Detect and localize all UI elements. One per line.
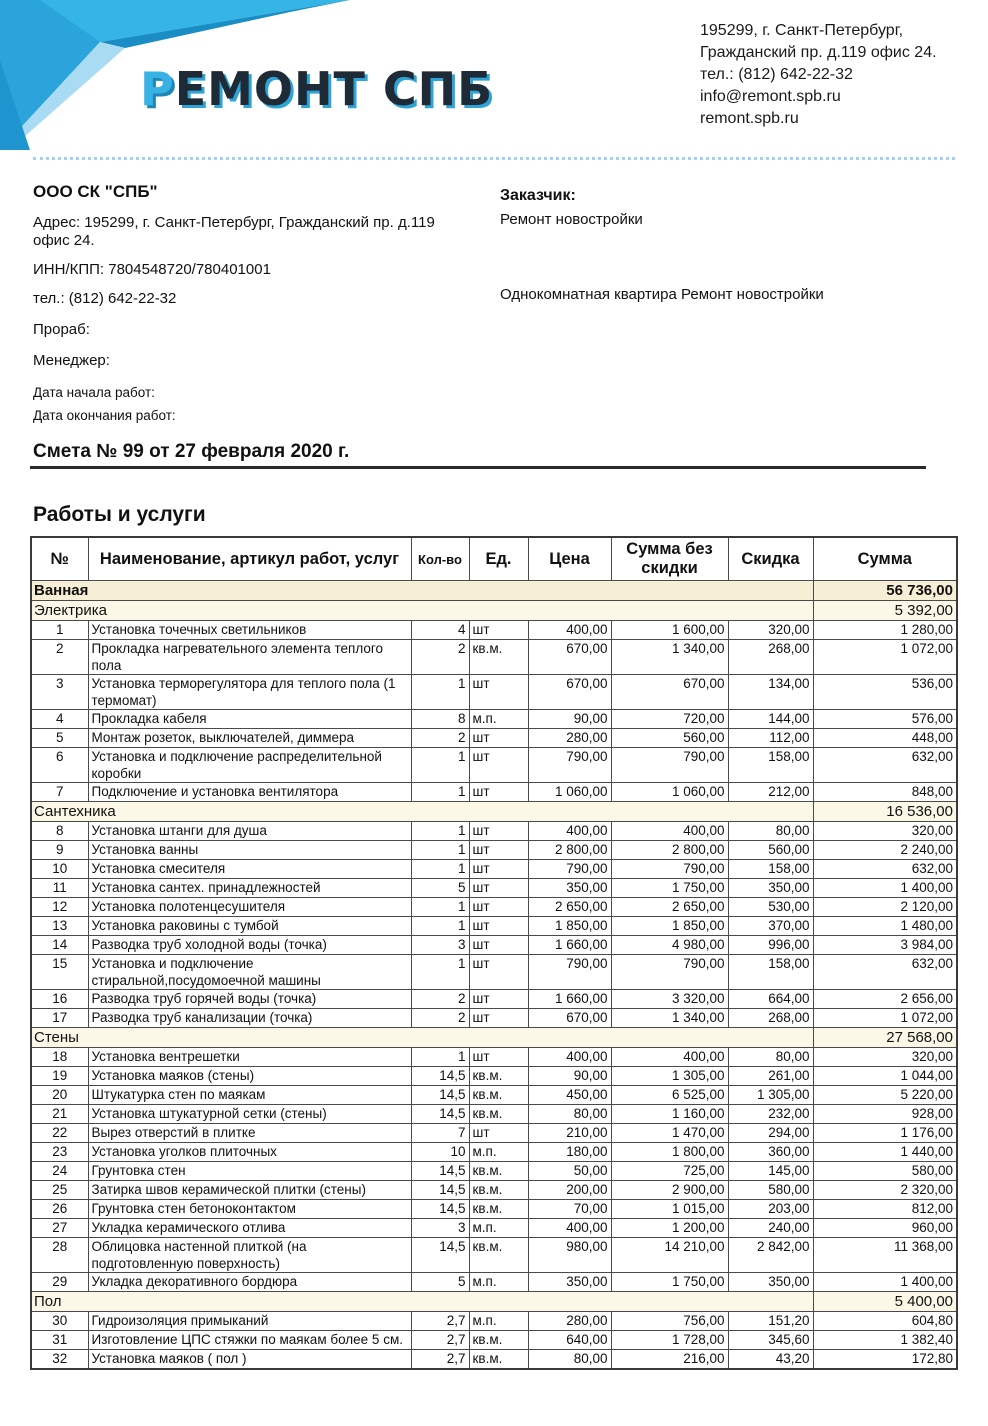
cell-price: 400,00 bbox=[528, 621, 611, 640]
foreman-label: Прораб: bbox=[33, 321, 90, 338]
cell-discount: 112,00 bbox=[728, 729, 813, 748]
table-row: 3Установка терморегулятора для теплого п… bbox=[31, 675, 957, 710]
cell-price: 400,00 bbox=[528, 1048, 611, 1067]
cell-no: 12 bbox=[31, 898, 88, 917]
cell-sum: 5 220,00 bbox=[813, 1086, 957, 1105]
cell-discount: 158,00 bbox=[728, 860, 813, 879]
cell-unit: кв.м. bbox=[469, 1200, 528, 1219]
cell-discount: 350,00 bbox=[728, 1273, 813, 1292]
cell-qty: 1 bbox=[411, 898, 469, 917]
cell-no: 6 bbox=[31, 748, 88, 783]
cell-unit: шт bbox=[469, 1124, 528, 1143]
cell-discount: 350,00 bbox=[728, 879, 813, 898]
cell-discount: 996,00 bbox=[728, 936, 813, 955]
cell-qty: 14,5 bbox=[411, 1105, 469, 1124]
cell-qty: 4 bbox=[411, 621, 469, 640]
cell-name: Штукатурка стен по маякам bbox=[88, 1086, 411, 1105]
cell-price: 400,00 bbox=[528, 1219, 611, 1238]
group-label: Электрика bbox=[31, 601, 813, 621]
cell-name: Подключение и установка вентилятора bbox=[88, 783, 411, 802]
cell-name: Установка штукатурной сетки (стены) bbox=[88, 1105, 411, 1124]
cell-qty: 3 bbox=[411, 936, 469, 955]
cell-price: 1 060,00 bbox=[528, 783, 611, 802]
cell-sum: 1 400,00 bbox=[813, 879, 957, 898]
estimate-title: Смета № 99 от 27 февраля 2020 г. bbox=[33, 441, 349, 463]
cell-no: 24 bbox=[31, 1162, 88, 1181]
cell-no: 7 bbox=[31, 783, 88, 802]
table-header-row: № Наименование, артикул работ, услуг Кол… bbox=[31, 537, 957, 581]
cell-sum-no-discount: 1 160,00 bbox=[611, 1105, 728, 1124]
cell-discount: 232,00 bbox=[728, 1105, 813, 1124]
cell-unit: кв.м. bbox=[469, 1086, 528, 1105]
col-header-unit: Ед. bbox=[469, 537, 528, 581]
cell-no: 32 bbox=[31, 1350, 88, 1370]
cell-price: 2 800,00 bbox=[528, 841, 611, 860]
cell-price: 1 660,00 bbox=[528, 936, 611, 955]
cell-sum: 632,00 bbox=[813, 860, 957, 879]
cell-name: Установка маяков (стены) bbox=[88, 1067, 411, 1086]
cell-price: 200,00 bbox=[528, 1181, 611, 1200]
group-sum: 56 736,00 bbox=[813, 581, 957, 601]
cell-name: Разводка труб холодной воды (точка) bbox=[88, 936, 411, 955]
cell-sum: 2 120,00 bbox=[813, 898, 957, 917]
cell-sum: 1 280,00 bbox=[813, 621, 957, 640]
col-header-qty: Кол-во bbox=[411, 537, 469, 581]
title-divider bbox=[30, 466, 926, 469]
cell-name: Грунтовка стен bbox=[88, 1162, 411, 1181]
cell-no: 20 bbox=[31, 1086, 88, 1105]
cell-qty: 8 bbox=[411, 710, 469, 729]
cell-no: 14 bbox=[31, 936, 88, 955]
cell-qty: 2 bbox=[411, 729, 469, 748]
cell-sum-no-discount: 3 320,00 bbox=[611, 990, 728, 1009]
cell-sum: 1 440,00 bbox=[813, 1143, 957, 1162]
contact-phone: тел.: (812) 642-22-32 bbox=[700, 64, 937, 86]
cell-sum-no-discount: 1 340,00 bbox=[611, 640, 728, 675]
cell-discount: 240,00 bbox=[728, 1219, 813, 1238]
cell-sum-no-discount: 2 900,00 bbox=[611, 1181, 728, 1200]
cell-sum: 11 368,00 bbox=[813, 1238, 957, 1273]
cell-qty: 5 bbox=[411, 1273, 469, 1292]
end-date-label: Дата окончания работ: bbox=[33, 408, 176, 423]
contractor-phone: тел.: (812) 642-22-32 bbox=[33, 290, 176, 307]
cell-qty: 1 bbox=[411, 860, 469, 879]
table-row: 10Установка смесителя1шт790,00790,00158,… bbox=[31, 860, 957, 879]
cell-discount: 360,00 bbox=[728, 1143, 813, 1162]
cell-no: 21 bbox=[31, 1105, 88, 1124]
table-row: 25Затирка швов керамической плитки (стен… bbox=[31, 1181, 957, 1200]
table-body: Ванная56 736,00Электрика5 392,001Установ… bbox=[31, 581, 957, 1370]
cell-name: Облицовка настенной плиткой (на подготов… bbox=[88, 1238, 411, 1273]
cell-name: Установка уголков плиточных bbox=[88, 1143, 411, 1162]
cell-unit: шт bbox=[469, 783, 528, 802]
cell-sum-no-discount: 1 850,00 bbox=[611, 917, 728, 936]
group-label: Стены bbox=[31, 1028, 813, 1048]
cell-qty: 2,7 bbox=[411, 1312, 469, 1331]
cell-unit: шт bbox=[469, 879, 528, 898]
cell-sum: 580,00 bbox=[813, 1162, 957, 1181]
contact-address-line-2: Гражданский пр. д.119 офис 24. bbox=[700, 42, 937, 64]
cell-unit: кв.м. bbox=[469, 1350, 528, 1370]
category-row: Пол5 400,00 bbox=[31, 1292, 957, 1312]
cell-qty: 2 bbox=[411, 990, 469, 1009]
cell-discount: 134,00 bbox=[728, 675, 813, 710]
contractor-inn-kpp: ИНН/КПП: 7804548720/780401001 bbox=[33, 261, 271, 278]
table-row: 26Грунтовка стен бетоноконтактом14,5кв.м… bbox=[31, 1200, 957, 1219]
cell-qty: 1 bbox=[411, 783, 469, 802]
cell-no: 16 bbox=[31, 990, 88, 1009]
cell-sum-no-discount: 725,00 bbox=[611, 1162, 728, 1181]
cell-no: 17 bbox=[31, 1009, 88, 1028]
cell-sum-no-discount: 790,00 bbox=[611, 860, 728, 879]
contact-website: remont.spb.ru bbox=[700, 108, 937, 130]
cell-discount: 80,00 bbox=[728, 822, 813, 841]
cell-sum-no-discount: 790,00 bbox=[611, 748, 728, 783]
header-divider bbox=[33, 157, 955, 160]
cell-sum-no-discount: 560,00 bbox=[611, 729, 728, 748]
cell-sum: 1 480,00 bbox=[813, 917, 957, 936]
col-header-name: Наименование, артикул работ, услуг bbox=[88, 537, 411, 581]
cell-sum-no-discount: 1 015,00 bbox=[611, 1200, 728, 1219]
cell-qty: 14,5 bbox=[411, 1067, 469, 1086]
category-row: Стены27 568,00 bbox=[31, 1028, 957, 1048]
cell-no: 10 bbox=[31, 860, 88, 879]
group-label: Ванная bbox=[31, 581, 813, 601]
cell-discount: 212,00 bbox=[728, 783, 813, 802]
cell-sum-no-discount: 790,00 bbox=[611, 955, 728, 990]
cell-name: Установка точечных светильников bbox=[88, 621, 411, 640]
cell-no: 22 bbox=[31, 1124, 88, 1143]
cell-qty: 1 bbox=[411, 917, 469, 936]
cell-no: 26 bbox=[31, 1200, 88, 1219]
cell-no: 4 bbox=[31, 710, 88, 729]
cell-sum: 604,80 bbox=[813, 1312, 957, 1331]
cell-sum-no-discount: 2 800,00 bbox=[611, 841, 728, 860]
cell-name: Установка сантех. принадлежностей bbox=[88, 879, 411, 898]
cell-name: Прокладка кабеля bbox=[88, 710, 411, 729]
section-title: Работы и услуги bbox=[33, 503, 206, 527]
group-label: Сантехника bbox=[31, 802, 813, 822]
cell-name: Установка маяков ( пол ) bbox=[88, 1350, 411, 1370]
cell-price: 90,00 bbox=[528, 710, 611, 729]
cell-price: 80,00 bbox=[528, 1105, 611, 1124]
cell-unit: кв.м. bbox=[469, 1162, 528, 1181]
cell-sum-no-discount: 2 650,00 bbox=[611, 898, 728, 917]
table-row: 30Гидроизоляция примыканий2,7м.п.280,007… bbox=[31, 1312, 957, 1331]
table-row: 22Вырез отверстий в плитке7шт210,001 470… bbox=[31, 1124, 957, 1143]
cell-name: Разводка труб канализации (точка) bbox=[88, 1009, 411, 1028]
table-row: 29Укладка декоративного бордюра5м.п.350,… bbox=[31, 1273, 957, 1292]
group-sum: 5 400,00 bbox=[813, 1292, 957, 1312]
cell-unit: кв.м. bbox=[469, 640, 528, 675]
cell-qty: 10 bbox=[411, 1143, 469, 1162]
cell-name: Укладка керамического отлива bbox=[88, 1219, 411, 1238]
cell-no: 13 bbox=[31, 917, 88, 936]
cell-qty: 14,5 bbox=[411, 1086, 469, 1105]
cell-unit: шт bbox=[469, 898, 528, 917]
contractor-address: Адрес: 195299, г. Санкт-Петербург, Гражд… bbox=[33, 214, 453, 250]
cell-discount: 664,00 bbox=[728, 990, 813, 1009]
cell-sum: 576,00 bbox=[813, 710, 957, 729]
cell-discount: 80,00 bbox=[728, 1048, 813, 1067]
cell-no: 28 bbox=[31, 1238, 88, 1273]
cell-discount: 2 842,00 bbox=[728, 1238, 813, 1273]
cell-discount: 158,00 bbox=[728, 955, 813, 990]
cell-unit: шт bbox=[469, 955, 528, 990]
col-header-discount: Скидка bbox=[728, 537, 813, 581]
table-row: 19Установка маяков (стены)14,5кв.м.90,00… bbox=[31, 1067, 957, 1086]
cell-discount: 158,00 bbox=[728, 748, 813, 783]
cell-unit: шт bbox=[469, 729, 528, 748]
table-row: 18Установка вентрешетки1шт400,00400,0080… bbox=[31, 1048, 957, 1067]
cell-qty: 14,5 bbox=[411, 1181, 469, 1200]
table-row: 32Установка маяков ( пол )2,7кв.м.80,002… bbox=[31, 1350, 957, 1370]
cell-discount: 151,20 bbox=[728, 1312, 813, 1331]
table-row: 14Разводка труб холодной воды (точка)3шт… bbox=[31, 936, 957, 955]
cell-unit: кв.м. bbox=[469, 1067, 528, 1086]
cell-unit: кв.м. bbox=[469, 1105, 528, 1124]
table-row: 7Подключение и установка вентилятора1шт1… bbox=[31, 783, 957, 802]
cell-price: 210,00 bbox=[528, 1124, 611, 1143]
cell-sum: 1 176,00 bbox=[813, 1124, 957, 1143]
cell-name: Грунтовка стен бетоноконтактом bbox=[88, 1200, 411, 1219]
table-row: 11Установка сантех. принадлежностей5шт35… bbox=[31, 879, 957, 898]
table-row: 28Облицовка настенной плиткой (на подгот… bbox=[31, 1238, 957, 1273]
cell-price: 350,00 bbox=[528, 1273, 611, 1292]
table-row: 6Установка и подключение распределительн… bbox=[31, 748, 957, 783]
cell-sum-no-discount: 756,00 bbox=[611, 1312, 728, 1331]
cell-qty: 1 bbox=[411, 675, 469, 710]
cell-qty: 2,7 bbox=[411, 1350, 469, 1370]
table-row: 24Грунтовка стен14,5кв.м.50,00725,00145,… bbox=[31, 1162, 957, 1181]
cell-sum-no-discount: 1 200,00 bbox=[611, 1219, 728, 1238]
cell-qty: 1 bbox=[411, 748, 469, 783]
cell-sum: 2 240,00 bbox=[813, 841, 957, 860]
cell-name: Установка штанги для душа bbox=[88, 822, 411, 841]
cell-discount: 261,00 bbox=[728, 1067, 813, 1086]
cell-unit: шт bbox=[469, 822, 528, 841]
cell-price: 790,00 bbox=[528, 955, 611, 990]
cell-discount: 144,00 bbox=[728, 710, 813, 729]
cell-sum-no-discount: 1 470,00 bbox=[611, 1124, 728, 1143]
cell-name: Изготовление ЦПС стяжки по маякам более … bbox=[88, 1331, 411, 1350]
cell-discount: 1 305,00 bbox=[728, 1086, 813, 1105]
cell-sum-no-discount: 400,00 bbox=[611, 822, 728, 841]
cell-name: Укладка декоративного бордюра bbox=[88, 1273, 411, 1292]
cell-price: 50,00 bbox=[528, 1162, 611, 1181]
table-row: 4Прокладка кабеля8м.п.90,00720,00144,005… bbox=[31, 710, 957, 729]
cell-no: 29 bbox=[31, 1273, 88, 1292]
cell-price: 670,00 bbox=[528, 1009, 611, 1028]
cell-discount: 580,00 bbox=[728, 1181, 813, 1200]
cell-qty: 14,5 bbox=[411, 1162, 469, 1181]
cell-price: 80,00 bbox=[528, 1350, 611, 1370]
cell-sum: 848,00 bbox=[813, 783, 957, 802]
cell-sum: 3 984,00 bbox=[813, 936, 957, 955]
cell-no: 18 bbox=[31, 1048, 88, 1067]
cell-qty: 1 bbox=[411, 841, 469, 860]
cell-sum: 320,00 bbox=[813, 822, 957, 841]
cell-price: 1 850,00 bbox=[528, 917, 611, 936]
category-row: Сантехника16 536,00 bbox=[31, 802, 957, 822]
cell-qty: 2 bbox=[411, 1009, 469, 1028]
cell-discount: 345,60 bbox=[728, 1331, 813, 1350]
object-description: Однокомнатная квартира Ремонт новостройк… bbox=[500, 286, 824, 303]
cell-unit: м.п. bbox=[469, 1273, 528, 1292]
customer-name: Ремонт новостройки bbox=[500, 211, 643, 228]
cell-discount: 560,00 bbox=[728, 841, 813, 860]
cell-name: Установка ванны bbox=[88, 841, 411, 860]
room-group-row: Ванная56 736,00 bbox=[31, 581, 957, 601]
cell-price: 1 660,00 bbox=[528, 990, 611, 1009]
cell-sum-no-discount: 400,00 bbox=[611, 1048, 728, 1067]
cell-sum: 960,00 bbox=[813, 1219, 957, 1238]
cell-sum: 1 072,00 bbox=[813, 640, 957, 675]
cell-qty: 1 bbox=[411, 1048, 469, 1067]
table-row: 5Монтаж розеток, выключателей, диммера2ш… bbox=[31, 729, 957, 748]
cell-no: 9 bbox=[31, 841, 88, 860]
cell-qty: 7 bbox=[411, 1124, 469, 1143]
table-row: 23Установка уголков плиточных10м.п.180,0… bbox=[31, 1143, 957, 1162]
cell-name: Затирка швов керамической плитки (стены) bbox=[88, 1181, 411, 1200]
cell-unit: шт bbox=[469, 675, 528, 710]
cell-qty: 1 bbox=[411, 955, 469, 990]
table-row: 13Установка раковины с тумбой1шт1 850,00… bbox=[31, 917, 957, 936]
cell-unit: шт bbox=[469, 860, 528, 879]
cell-no: 3 bbox=[31, 675, 88, 710]
group-sum: 5 392,00 bbox=[813, 601, 957, 621]
cell-unit: м.п. bbox=[469, 1219, 528, 1238]
cell-sum: 1 044,00 bbox=[813, 1067, 957, 1086]
table-row: 31Изготовление ЦПС стяжки по маякам боле… bbox=[31, 1331, 957, 1350]
cell-discount: 203,00 bbox=[728, 1200, 813, 1219]
cell-price: 90,00 bbox=[528, 1067, 611, 1086]
cell-no: 27 bbox=[31, 1219, 88, 1238]
cell-price: 180,00 bbox=[528, 1143, 611, 1162]
cell-unit: шт bbox=[469, 990, 528, 1009]
cell-sum-no-discount: 1 800,00 bbox=[611, 1143, 728, 1162]
cell-sum-no-discount: 4 980,00 bbox=[611, 936, 728, 955]
cell-sum: 1 072,00 bbox=[813, 1009, 957, 1028]
cell-name: Установка и подключение стиральной,посуд… bbox=[88, 955, 411, 990]
cell-unit: шт bbox=[469, 841, 528, 860]
table-row: 20Штукатурка стен по маякам14,5кв.м.450,… bbox=[31, 1086, 957, 1105]
cell-sum: 928,00 bbox=[813, 1105, 957, 1124]
cell-no: 11 bbox=[31, 879, 88, 898]
manager-label: Менеджер: bbox=[33, 352, 110, 369]
group-sum: 16 536,00 bbox=[813, 802, 957, 822]
cell-price: 280,00 bbox=[528, 1312, 611, 1331]
group-label: Пол bbox=[31, 1292, 813, 1312]
cell-no: 31 bbox=[31, 1331, 88, 1350]
cell-unit: м.п. bbox=[469, 1312, 528, 1331]
cell-name: Гидроизоляция примыканий bbox=[88, 1312, 411, 1331]
cell-sum: 536,00 bbox=[813, 675, 957, 710]
customer-label: Заказчик: bbox=[500, 187, 576, 205]
cell-name: Установка смесителя bbox=[88, 860, 411, 879]
group-sum: 27 568,00 bbox=[813, 1028, 957, 1048]
cell-sum: 172,80 bbox=[813, 1350, 957, 1370]
cell-no: 2 bbox=[31, 640, 88, 675]
cell-sum-no-discount: 720,00 bbox=[611, 710, 728, 729]
cell-qty: 14,5 bbox=[411, 1200, 469, 1219]
cell-sum: 1 400,00 bbox=[813, 1273, 957, 1292]
cell-unit: м.п. bbox=[469, 1143, 528, 1162]
cell-unit: кв.м. bbox=[469, 1181, 528, 1200]
cell-price: 2 650,00 bbox=[528, 898, 611, 917]
cell-name: Установка и подключение распределительно… bbox=[88, 748, 411, 783]
cell-name: Установка вентрешетки bbox=[88, 1048, 411, 1067]
cell-no: 19 bbox=[31, 1067, 88, 1086]
cell-unit: шт bbox=[469, 621, 528, 640]
cell-qty: 2,7 bbox=[411, 1331, 469, 1350]
cell-price: 790,00 bbox=[528, 860, 611, 879]
category-row: Электрика5 392,00 bbox=[31, 601, 957, 621]
cell-price: 280,00 bbox=[528, 729, 611, 748]
cell-sum: 812,00 bbox=[813, 1200, 957, 1219]
table-row: 9Установка ванны1шт2 800,002 800,00560,0… bbox=[31, 841, 957, 860]
cell-name: Установка раковины с тумбой bbox=[88, 917, 411, 936]
table-row: 27Укладка керамического отлива3м.п.400,0… bbox=[31, 1219, 957, 1238]
cell-sum-no-discount: 6 525,00 bbox=[611, 1086, 728, 1105]
cell-qty: 2 bbox=[411, 640, 469, 675]
cell-unit: шт bbox=[469, 936, 528, 955]
cell-no: 30 bbox=[31, 1312, 88, 1331]
cell-sum-no-discount: 1 728,00 bbox=[611, 1331, 728, 1350]
start-date-label: Дата начала работ: bbox=[33, 385, 155, 400]
cell-qty: 3 bbox=[411, 1219, 469, 1238]
cell-no: 5 bbox=[31, 729, 88, 748]
company-logo: РЕМОНТ СПБ bbox=[140, 66, 493, 112]
cell-no: 8 bbox=[31, 822, 88, 841]
table-row: 12Установка полотенцесушителя1шт2 650,00… bbox=[31, 898, 957, 917]
contact-address-line-1: 195299, г. Санкт-Петербург, bbox=[700, 20, 937, 42]
cell-name: Установка полотенцесушителя bbox=[88, 898, 411, 917]
cell-qty: 1 bbox=[411, 822, 469, 841]
cell-price: 670,00 bbox=[528, 675, 611, 710]
cell-unit: кв.м. bbox=[469, 1238, 528, 1273]
cell-price: 670,00 bbox=[528, 640, 611, 675]
cell-unit: шт bbox=[469, 917, 528, 936]
contractor-name: ООО СК "СПБ" bbox=[33, 182, 158, 202]
cell-price: 70,00 bbox=[528, 1200, 611, 1219]
cell-sum-no-discount: 14 210,00 bbox=[611, 1238, 728, 1273]
cell-unit: шт bbox=[469, 748, 528, 783]
cell-qty: 5 bbox=[411, 879, 469, 898]
table-row: 16Разводка труб горячей воды (точка)2шт1… bbox=[31, 990, 957, 1009]
col-header-sum-no-discount: Сумма без скидки bbox=[611, 537, 728, 581]
cell-discount: 370,00 bbox=[728, 917, 813, 936]
table-row: 21Установка штукатурной сетки (стены)14,… bbox=[31, 1105, 957, 1124]
cell-discount: 268,00 bbox=[728, 640, 813, 675]
cell-price: 400,00 bbox=[528, 822, 611, 841]
cell-qty: 14,5 bbox=[411, 1238, 469, 1273]
cell-no: 15 bbox=[31, 955, 88, 990]
cell-unit: кв.м. bbox=[469, 1331, 528, 1350]
cell-sum: 632,00 bbox=[813, 748, 957, 783]
cell-sum: 1 382,40 bbox=[813, 1331, 957, 1350]
cell-sum-no-discount: 216,00 bbox=[611, 1350, 728, 1370]
cell-discount: 145,00 bbox=[728, 1162, 813, 1181]
cell-sum-no-discount: 1 750,00 bbox=[611, 1273, 728, 1292]
cell-price: 790,00 bbox=[528, 748, 611, 783]
cell-unit: шт bbox=[469, 1048, 528, 1067]
cell-sum: 320,00 bbox=[813, 1048, 957, 1067]
logo-text: ЕМОНТ СПБ bbox=[175, 62, 494, 116]
cell-name: Монтаж розеток, выключателей, диммера bbox=[88, 729, 411, 748]
cell-discount: 294,00 bbox=[728, 1124, 813, 1143]
cell-sum: 448,00 bbox=[813, 729, 957, 748]
